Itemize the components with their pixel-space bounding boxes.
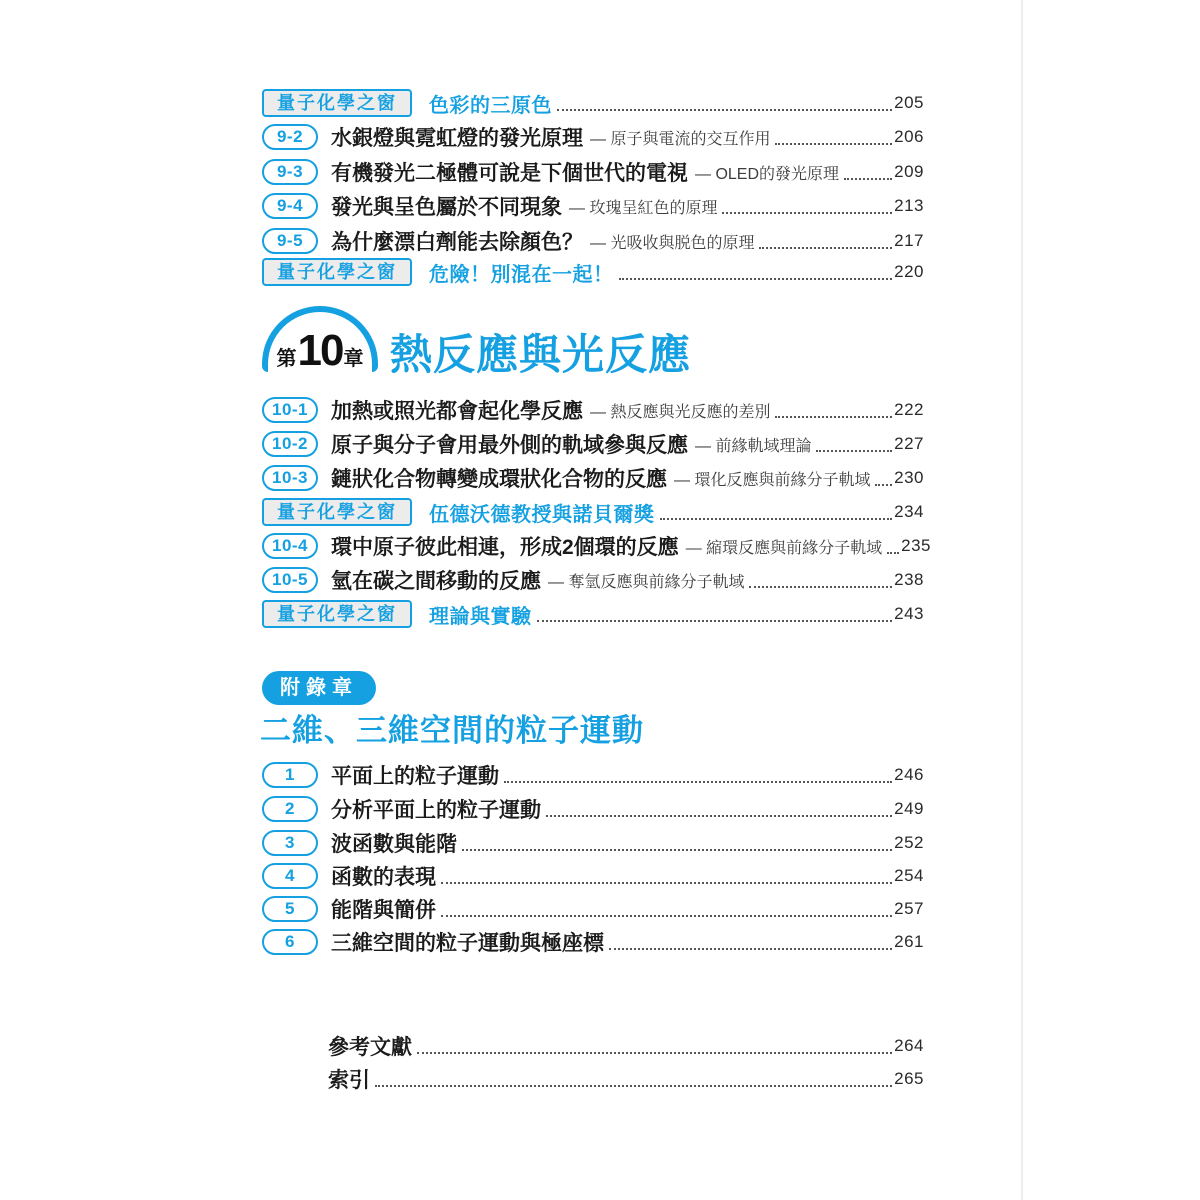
dot-leader [722, 199, 892, 214]
section-number-badge: 10-2 [262, 431, 318, 457]
section-title: 有機發光二極體可說是下個世代的電視 [331, 157, 688, 187]
page-number: 205 [894, 93, 924, 113]
dot-leader [609, 935, 892, 950]
page-number: 265 [894, 1069, 924, 1089]
page-number: 206 [894, 127, 924, 147]
toc-row-window: 量子化學之窗 伍德沃德教授與諾貝爾獎 234 [262, 497, 924, 527]
page-edge-shadow [1021, 0, 1023, 1200]
toc-row: 10-3 鏈狀化合物轉變成環狀化合物的反應 — 環化反應與前緣分子軌域 230 [262, 463, 924, 493]
section-title: 三維空間的粒子運動與極座標 [331, 927, 604, 957]
page-number: 230 [894, 468, 924, 488]
section-number-badge: 2 [262, 796, 318, 822]
section-number-badge: 4 [262, 863, 318, 889]
dot-leader [619, 265, 893, 280]
section-number-badge: 1 [262, 762, 318, 788]
dot-leader [775, 403, 892, 418]
page-number: 238 [894, 570, 924, 590]
section-number-badge: 9-3 [262, 159, 318, 185]
dot-leader [775, 130, 892, 145]
dot-leader [816, 437, 892, 452]
dot-leader [749, 573, 892, 588]
section-subtitle: — OLED的發光原理 [695, 161, 839, 184]
chapter-suffix: 章 [343, 342, 363, 371]
section-number-badge: 10-1 [262, 397, 318, 423]
toc-row: 9-5 為什麼漂白劑能去除顏色？ — 光吸收與脱色的原理 217 [262, 226, 924, 256]
window-badge: 量子化學之窗 [262, 89, 412, 117]
window-badge: 量子化學之窗 [262, 258, 412, 286]
section-number-badge: 5 [262, 896, 318, 922]
section-title: 加熱或照光都會起化學反應 [331, 395, 583, 425]
chapter-prefix: 第 [277, 342, 297, 371]
section-title: 分析平面上的粒子運動 [331, 794, 541, 824]
chapter-title: 熱反應與光反應 [390, 322, 691, 382]
page-number: 264 [894, 1036, 924, 1056]
section-number-badge: 6 [262, 929, 318, 955]
page-number: 249 [894, 799, 924, 819]
section-title: 函數的表現 [331, 861, 436, 891]
page-number: 217 [894, 231, 924, 251]
section-number-badge: 10-4 [262, 533, 318, 559]
window-title: 伍德沃德教授與諾貝爾獎 [429, 498, 655, 527]
section-number-badge: 9-2 [262, 124, 318, 150]
page-number: 227 [894, 434, 924, 454]
toc-row: 10-1 加熱或照光都會起化學反應 — 熱反應與光反應的差別 222 [262, 395, 924, 425]
dot-leader [660, 505, 893, 520]
section-subtitle: — 奪氫反應與前緣分子軌域 [548, 569, 744, 592]
page-number: 261 [894, 932, 924, 952]
toc-row: 10-5 氫在碳之間移動的反應 — 奪氫反應與前緣分子軌域 238 [262, 565, 924, 595]
section-title: 原子與分子會用最外側的軌域參與反應 [331, 429, 688, 459]
page-number: 252 [894, 833, 924, 853]
chapter-number-label: 第 10 章 [277, 332, 364, 371]
section-title: 發光與呈色屬於不同現象 [331, 191, 562, 221]
dot-leader [546, 802, 892, 817]
section-subtitle: — 環化反應與前緣分子軌域 [674, 467, 870, 490]
window-badge: 量子化學之窗 [262, 498, 412, 526]
dot-leader [557, 96, 892, 111]
section-number-badge: 9-5 [262, 228, 318, 254]
section-title: 水銀燈與霓虹燈的發光原理 [331, 122, 583, 152]
section-subtitle: — 縮環反應與前緣分子軌域 [686, 535, 882, 558]
window-title: 色彩的三原色 [429, 89, 552, 118]
dot-leader [375, 1072, 892, 1087]
appendix-badge: 附錄章 [262, 671, 376, 705]
dot-leader [462, 836, 892, 851]
backmatter-title: 參考文獻 [328, 1031, 412, 1061]
chapter-number: 10 [298, 332, 343, 369]
window-title: 理論與實驗 [429, 600, 532, 629]
section-title: 波函數與能階 [331, 828, 457, 858]
page-number: 254 [894, 866, 924, 886]
page-number: 243 [894, 604, 924, 624]
page-number: 222 [894, 400, 924, 420]
dot-leader [875, 471, 892, 486]
section-title: 為什麼漂白劑能去除顏色？ [331, 226, 583, 256]
toc-row: 5 能階與簡併 257 [262, 894, 924, 924]
dot-leader [537, 607, 893, 622]
window-badge: 量子化學之窗 [262, 600, 412, 628]
toc-row-backmatter: 參考文獻 264 [328, 1031, 924, 1061]
toc-row: 3 波函數與能階 252 [262, 828, 924, 858]
toc-row: 10-2 原子與分子會用最外側的軌域參與反應 — 前緣軌域理論 227 [262, 429, 924, 459]
section-subtitle: — 光吸收與脱色的原理 [590, 230, 754, 253]
page-number: 209 [894, 162, 924, 182]
dot-leader [887, 539, 899, 554]
toc-row-window: 量子化學之窗 色彩的三原色 205 [262, 88, 924, 118]
section-subtitle: — 原子與電流的交互作用 [590, 126, 770, 149]
dot-leader [441, 869, 892, 884]
toc-row: 6 三維空間的粒子運動與極座標 261 [262, 927, 924, 957]
window-title: 危險！別混在一起！ [429, 258, 614, 287]
section-number-badge: 9-4 [262, 193, 318, 219]
toc-row-window: 量子化學之窗 理論與實驗 243 [262, 599, 924, 629]
dot-leader [441, 902, 892, 917]
page-number: 220 [894, 262, 924, 282]
toc-row-backmatter: 索引 265 [328, 1064, 924, 1094]
page-number: 235 [901, 536, 931, 556]
dot-leader [844, 165, 892, 180]
section-number-badge: 3 [262, 830, 318, 856]
section-subtitle: — 玫瑰呈紅色的原理 [569, 195, 717, 218]
section-subtitle: — 前緣軌域理論 [695, 433, 811, 456]
section-number-badge: 10-3 [262, 465, 318, 491]
toc-row-window: 量子化學之窗 危險！別混在一起！ 220 [262, 257, 924, 287]
page-number: 234 [894, 502, 924, 522]
toc-row: 10-4 環中原子彼此相連，形成2個環的反應 — 縮環反應與前緣分子軌域 235 [262, 531, 924, 561]
section-title: 鏈狀化合物轉變成環狀化合物的反應 [331, 463, 667, 493]
page-number: 257 [894, 899, 924, 919]
toc-row: 2 分析平面上的粒子運動 249 [262, 794, 924, 824]
section-title: 氫在碳之間移動的反應 [331, 565, 541, 595]
section-title: 環中原子彼此相連，形成2個環的反應 [331, 531, 679, 561]
toc-row: 1 平面上的粒子運動 246 [262, 760, 924, 790]
appendix-title: 二維、三維空間的粒子運動 [260, 705, 644, 750]
section-title: 平面上的粒子運動 [331, 760, 499, 790]
page-number: 246 [894, 765, 924, 785]
dot-leader [504, 768, 892, 783]
dot-leader [417, 1039, 892, 1054]
section-subtitle: — 熱反應與光反應的差別 [590, 399, 770, 422]
section-number-badge: 10-5 [262, 567, 318, 593]
backmatter-title: 索引 [328, 1064, 370, 1094]
toc-row: 9-3 有機發光二極體可說是下個世代的電視 — OLED的發光原理 209 [262, 157, 924, 187]
page-number: 213 [894, 196, 924, 216]
dot-leader [759, 234, 892, 249]
toc-page: 量子化學之窗 色彩的三原色 205 9-2 水銀燈與霓虹燈的發光原理 — 原子與… [0, 0, 1200, 1200]
section-title: 能階與簡併 [331, 894, 436, 924]
toc-row: 4 函數的表現 254 [262, 861, 924, 891]
chapter-10-emblem: 第 10 章 [262, 306, 378, 372]
toc-row: 9-2 水銀燈與霓虹燈的發光原理 — 原子與電流的交互作用 206 [262, 122, 924, 152]
toc-row: 9-4 發光與呈色屬於不同現象 — 玫瑰呈紅色的原理 213 [262, 191, 924, 221]
